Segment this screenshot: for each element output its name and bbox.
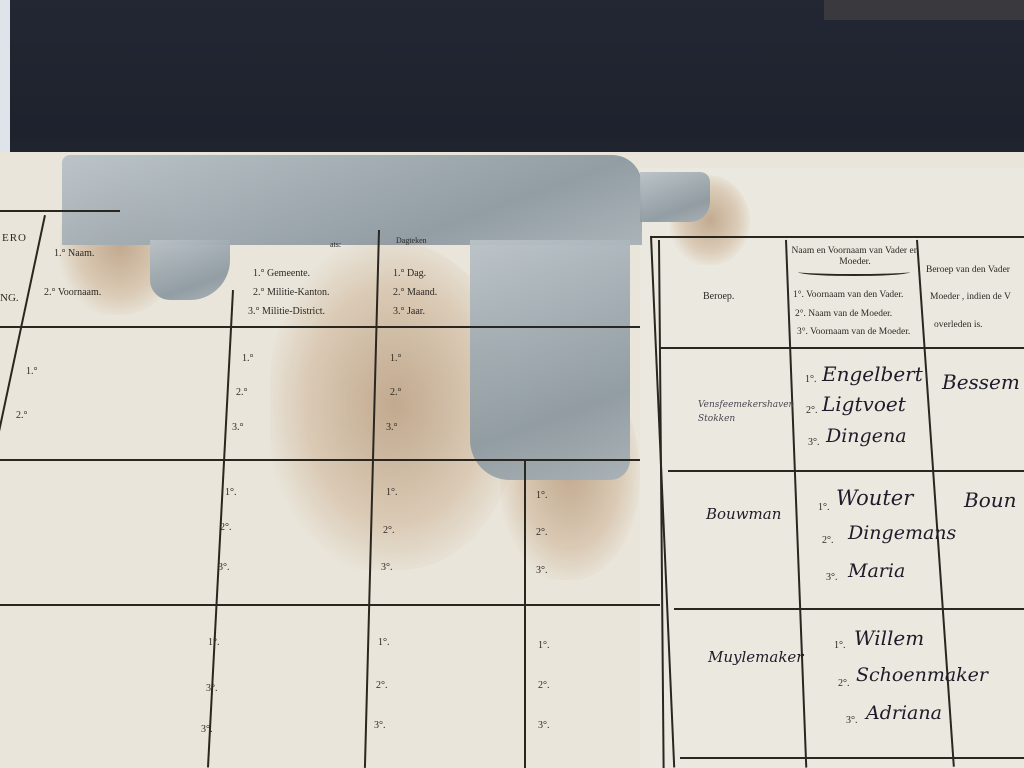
entry-mother-surname: Dingemans <box>848 522 956 544</box>
row-marker: 2.° <box>16 410 28 421</box>
row-marker: 3°. <box>538 720 550 731</box>
header-militie-kanton: 2.° Militie-Kanton. <box>253 287 330 298</box>
header-voornaam: 2.° Voornaam. <box>44 287 101 298</box>
entry-mother-firstname: Dingena <box>826 425 907 447</box>
row-marker: 3°. <box>206 683 218 694</box>
table-rule <box>650 236 1024 238</box>
row-marker: 2.° <box>390 387 402 398</box>
table-rule <box>0 604 660 606</box>
row-marker: 2°. <box>822 535 834 546</box>
header-maand: 2.° Maand. <box>393 287 437 298</box>
board-shadow <box>824 0 1024 20</box>
row-marker: 1.° <box>242 353 254 364</box>
background-edge <box>0 0 10 160</box>
table-rule <box>0 210 120 212</box>
row-marker: 2°. <box>536 527 548 538</box>
entry-mother-surname: Schoenmaker <box>856 664 988 686</box>
row-marker: 2°. <box>838 678 850 689</box>
header-numero-sub: NG. <box>0 292 19 304</box>
header-jaar: 3.° Jaar. <box>393 306 425 317</box>
repair-tissue <box>62 155 642 245</box>
header-gemeente: 1.° Gemeente. <box>253 268 310 279</box>
header-moeder-indien: Moeder , indien de V <box>930 292 1011 302</box>
header-date-top: Dagteken <box>396 236 427 245</box>
table-rule <box>668 470 1024 472</box>
row-marker: 1°. <box>378 637 390 648</box>
header-voornaam-moeder: 3°. Voornaam van de Moeder. <box>797 327 910 337</box>
row-marker: 3°. <box>808 437 820 448</box>
repair-tissue <box>640 172 710 222</box>
header-dag: 1.° Dag. <box>393 268 426 279</box>
row-marker: 2°. <box>806 405 818 416</box>
row-marker: 1.° <box>26 366 38 377</box>
row-marker: 2.° <box>236 387 248 398</box>
header-place-top: ats: <box>330 240 341 249</box>
row-marker: 2°. <box>220 522 232 533</box>
row-marker: 1°. <box>538 640 550 651</box>
entry-mother-firstname: Adriana <box>866 702 942 724</box>
entry-father-firstname: Wouter <box>836 486 913 510</box>
repair-tissue <box>470 240 630 480</box>
entry-mother-firstname: Maria <box>848 560 905 582</box>
entry-father-firstname: Willem <box>854 626 924 650</box>
row-marker: 1°. <box>225 487 237 498</box>
row-marker: 1°. <box>805 374 817 385</box>
row-marker: 1°. <box>536 490 548 501</box>
row-marker: 2°. <box>538 680 550 691</box>
table-rule <box>0 459 640 461</box>
row-marker: 2°. <box>376 680 388 691</box>
row-marker: 2°. <box>383 525 395 536</box>
column-rule <box>524 460 526 768</box>
row-marker: 3.° <box>386 422 398 433</box>
header-voornaam-vader: 1°. Voornaam van den Vader. <box>793 290 903 300</box>
table-rule <box>674 608 1024 610</box>
row-marker: 1°. <box>818 502 830 513</box>
table-rule <box>0 326 640 328</box>
header-parents-title: Naam en Voornaam van Vader en Moeder. <box>790 246 920 268</box>
header-beroep-vader: Beroep van den Vader <box>926 265 1010 275</box>
row-marker: 3°. <box>374 720 386 731</box>
header-numero: ERO <box>2 232 27 244</box>
row-marker: 3°. <box>381 562 393 573</box>
row-marker: 3°. <box>201 724 213 735</box>
row-marker: 1°. <box>386 487 398 498</box>
entry-beroep: Bouwman <box>706 505 781 523</box>
row-marker: 3°. <box>846 715 858 726</box>
row-marker: 3°. <box>826 572 838 583</box>
row-marker: 3°. <box>218 562 230 573</box>
header-naam-moeder: 2°. Naam van de Moeder. <box>795 309 892 319</box>
row-marker: 1.° <box>390 353 402 364</box>
row-marker: 3°. <box>536 565 548 576</box>
table-rule <box>680 757 1024 759</box>
row-marker: 1°. <box>208 637 220 648</box>
entry-mother-surname: Ligtvoet <box>822 392 906 416</box>
row-marker: 1°. <box>834 640 846 651</box>
entry-father-occupation: Boun <box>964 488 1017 512</box>
header-naam: 1.° Naam. <box>54 248 94 259</box>
entry-beroep: Muylemaker <box>708 648 803 666</box>
header-overleden: overleden is. <box>934 320 983 330</box>
entry-father-occupation: Bessem <box>942 370 1020 394</box>
entry-father-firstname: Engelbert <box>822 362 923 386</box>
header-beroep: Beroep. <box>703 291 734 302</box>
table-rule <box>660 347 1024 349</box>
brace <box>798 268 910 276</box>
header-militie-district: 3.° Militie-District. <box>248 306 325 317</box>
row-marker: 3.° <box>232 422 244 433</box>
entry-beroep: Vensfeemekershaven Stokken <box>698 398 793 426</box>
